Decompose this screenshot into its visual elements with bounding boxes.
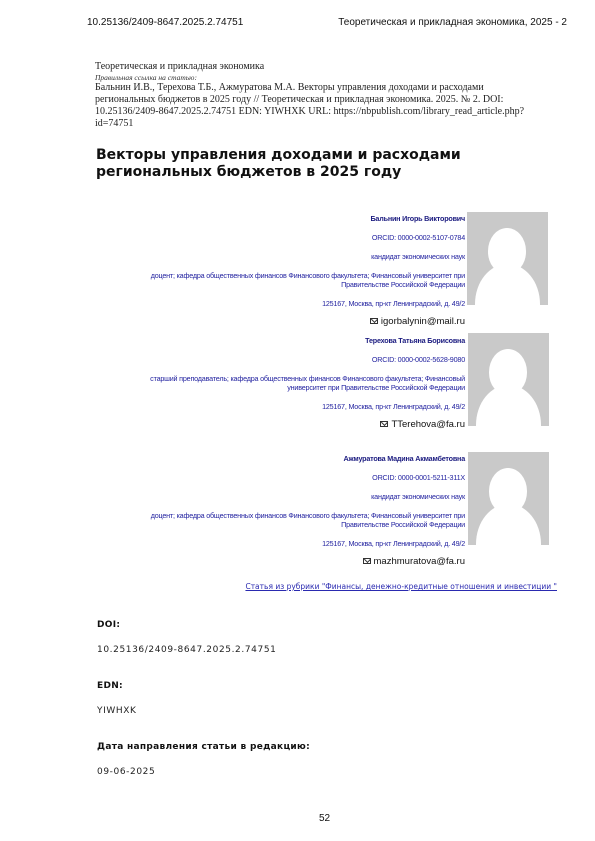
doi-value: 10.25136/2409-8647.2025.2.74751 [97,645,276,655]
author-position: старший преподаватель; кафедра обществен… [120,374,465,392]
author-address: 125167, Москва, пр-кт Ленинградский, д. … [120,402,465,411]
author-avatar [468,452,549,545]
author-email-text[interactable]: igorbalynin@mail.ru [381,316,465,327]
author-email[interactable]: TTerehova@fa.ru [120,419,465,430]
author-address: 125167, Москва, пр-кт Ленинградский, д. … [120,299,465,308]
author-position: доцент; кафедра общественных финансов Фи… [120,511,465,529]
header-journal-issue: Теоретическая и прикладная экономика, 20… [338,17,567,28]
author-orcid[interactable]: ORCID: 0000-0001-5211-311X [120,473,465,482]
edn-label: EDN: [97,681,123,691]
author-card: Ажмуратова Мадина Акмамбетовна ORCID: 00… [120,454,465,567]
author-orcid[interactable]: ORCID: 0000-0002-5628-9080 [120,355,465,364]
submission-date-label: Дата направления статьи в редакцию: [97,742,310,752]
avatar-body-icon [476,504,541,545]
citation-journal: Теоретическая и прикладная экономика [95,61,545,73]
author-degree: кандидат экономических наук [120,492,465,501]
author-email-text[interactable]: TTerehova@fa.ru [391,419,465,430]
author-email[interactable]: igorbalynin@mail.ru [120,316,465,327]
author-avatar [467,212,548,305]
page-number: 52 [319,813,330,824]
author-email[interactable]: mazhmuratova@fa.ru [120,556,465,567]
citation-block: Теоретическая и прикладная экономика Пра… [95,61,545,130]
citation-label: Правильная ссылка на статью: [95,73,545,82]
author-name: Терехова Татьяна Борисовна [120,336,465,345]
article-title: Векторы управления доходами и расходами … [96,147,566,181]
author-position: доцент; кафедра общественных финансов Фи… [120,271,465,289]
avatar-body-icon [476,385,541,426]
citation-text: Бальнин И.В., Терехова Т.Б., Ажмуратова … [95,82,545,130]
author-address: 125167, Москва, пр-кт Ленинградский, д. … [120,539,465,548]
author-avatar [468,333,549,426]
doi-label: DOI: [97,620,120,630]
author-orcid[interactable]: ORCID: 0000-0002-5107-0784 [120,233,465,242]
author-card: Терехова Татьяна Борисовна ORCID: 0000-0… [120,336,465,430]
avatar-body-icon [475,264,540,305]
header-doi: 10.25136/2409-8647.2025.2.74751 [87,17,243,28]
author-name: Бальнин Игорь Викторович [120,214,465,223]
author-name: Ажмуратова Мадина Акмамбетовна [120,454,465,463]
rubric-link[interactable]: Статья из рубрики "Финансы, денежно-кред… [245,582,557,591]
mail-icon [363,558,371,564]
mail-icon [380,421,388,427]
mail-icon [370,318,378,324]
edn-value: YIWHXK [97,706,137,716]
author-email-text[interactable]: mazhmuratova@fa.ru [374,556,465,567]
author-degree: кандидат экономических наук [120,252,465,261]
submission-date-value: 09-06-2025 [97,767,155,777]
author-card: Бальнин Игорь Викторович ORCID: 0000-000… [120,214,465,327]
